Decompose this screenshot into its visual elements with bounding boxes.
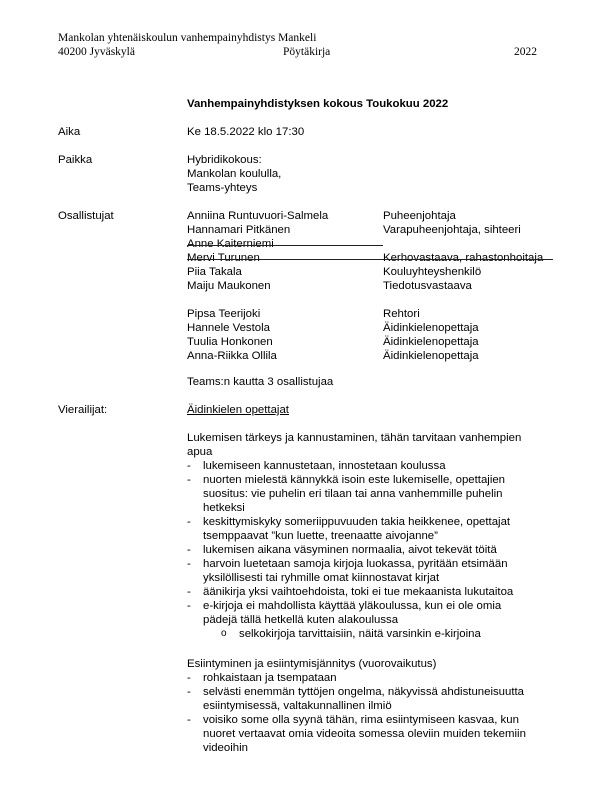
dash-bullet-icon: -: [187, 685, 191, 699]
bullet-text: yksilöllisesti tai ryhmille omat kiinnos…: [203, 571, 439, 585]
osallistujat-label: Osallistujat: [58, 209, 114, 223]
city: 40200 Jyväskylä: [58, 45, 135, 59]
dash-bullet-icon: -: [187, 459, 191, 473]
bullet-text: pädejä tällä hetkellä kuten alakoulussa: [203, 613, 398, 627]
participant-name: Piia Takala: [187, 265, 242, 279]
dash-bullet-icon: -: [187, 599, 191, 613]
participant-name: Hannamari Pitkänen: [187, 223, 290, 237]
year: 2022: [514, 45, 537, 59]
participant-name: Hannele Vestola: [187, 321, 270, 335]
participant-row: Anna-Riikka OllilaÄidinkielenopettaja: [187, 349, 587, 363]
bullet-text: nuoret vertaavat omia videoita somessa o…: [203, 727, 526, 741]
participant-role: Äidinkielenopettaja: [383, 321, 479, 335]
participant-role: Kouluyhteyshenkilö: [383, 265, 481, 279]
participant-row: Maiju MaukonenTiedotusvastaava: [187, 279, 587, 293]
bullet-text: lukemisen aikana väsyminen normaalia, ai…: [203, 543, 497, 557]
participant-row: Anne Kaiterniemi: [187, 237, 587, 251]
paikka-label: Paikka: [58, 153, 92, 167]
dash-bullet-icon: -: [187, 713, 191, 727]
participant-name: Anna-Riikka Ollila: [187, 349, 277, 363]
aika-label: Aika: [58, 125, 80, 139]
participant-role: Puheenjohtaja: [383, 209, 456, 223]
participant-name: Anniina Runtuvuori-Salmela: [187, 209, 328, 223]
section-intro-line: Lukemisen tärkeys ja kannustaminen, tähä…: [187, 431, 521, 445]
participant-role: Varapuheenjohtaja, sihteeri: [383, 223, 521, 237]
bullet-text: lukemiseen kannustetaan, innostetaan kou…: [203, 459, 446, 473]
bullet-text: tsemppaavat ”kun luette, treenaatte aivo…: [203, 529, 438, 543]
vierailijat-heading: Äidinkielen opettajat: [187, 403, 289, 417]
participant-row: Hannamari PitkänenVarapuheenjohtaja, sih…: [187, 223, 587, 237]
bullet-text: harvoin luetetaan samoja kirjoja luokass…: [203, 557, 508, 571]
bullet-text: rohkaistaan ja tsempataan: [203, 671, 337, 685]
bullet-text: voisiko some olla syynä tähän, rima esii…: [203, 713, 519, 727]
participant-row: Mervi TurunenKerhovastaava, rahastonhoit…: [187, 251, 587, 265]
strikethrough-line: [187, 259, 553, 260]
document-type: Pöytäkirja: [283, 45, 330, 59]
bullet-text: esiintymisessä, valtakunnallinen ilmiö: [203, 699, 392, 713]
bullet-text: videoihin: [203, 741, 248, 755]
dash-bullet-icon: -: [187, 543, 191, 557]
bullet-text: äänikirja yksi vaihtoehdoista, toki ei t…: [203, 585, 513, 599]
participant-row: Anniina Runtuvuori-SalmelaPuheenjohtaja: [187, 209, 587, 223]
teams-note: Teams:n kautta 3 osallistujaa: [187, 375, 333, 389]
sub-bullet-text: selkokirjoja tarvittaisiin, näitä varsin…: [239, 627, 481, 641]
page-title: Vanhempainyhdistyksen kokous Toukokuu 20…: [187, 97, 448, 111]
participant-row: Hannele VestolaÄidinkielenopettaja: [187, 321, 587, 335]
participant-row: Piia TakalaKouluyhteyshenkilö: [187, 265, 587, 279]
participant-role: Rehtori: [383, 307, 420, 321]
bullet-text: suositus: vie puhelin eri tilaan tai ann…: [203, 487, 503, 501]
bullet-text: e-kirjoja ei mahdollista käyttää yläkoul…: [203, 599, 501, 613]
dash-bullet-icon: -: [187, 585, 191, 599]
paikka-line: Teams-yhteys: [187, 181, 257, 195]
participant-row: Pipsa TeerijokiRehtori: [187, 307, 587, 321]
participant-role: Äidinkielenopettaja: [383, 335, 479, 349]
aika-value: Ke 18.5.2022 klo 17:30: [187, 125, 304, 139]
participant-role: Äidinkielenopettaja: [383, 349, 479, 363]
bullet-text: selvästi enemmän tyttöjen ongelma, näkyv…: [203, 685, 524, 699]
dash-bullet-icon: -: [187, 515, 191, 529]
bullet-text: hetkeksi: [203, 501, 245, 515]
dash-bullet-icon: -: [187, 557, 191, 571]
participant-name: Pipsa Teerijoki: [187, 307, 260, 321]
dash-bullet-icon: -: [187, 671, 191, 685]
participant-name: Tuulia Honkonen: [187, 335, 273, 349]
bullet-text: nuorten mielestä kännykkä isoin este luk…: [203, 473, 505, 487]
participant-row: Tuulia HonkonenÄidinkielenopettaja: [187, 335, 587, 349]
circle-bullet-icon: o: [221, 627, 227, 641]
org-name: Mankolan yhtenäiskoulun vanhempainyhdist…: [58, 31, 316, 45]
paikka-line: Mankolan koululla,: [187, 167, 281, 181]
section-intro-line: apua: [187, 445, 212, 459]
participant-name: Maiju Maukonen: [187, 279, 271, 293]
strikethrough-line: [187, 245, 383, 246]
bullet-text: keskittymiskyky someriippuvuuden takia h…: [203, 515, 510, 529]
dash-bullet-icon: -: [187, 473, 191, 487]
participant-role: Tiedotusvastaava: [383, 279, 472, 293]
section-intro-line: Esiintyminen ja esiintymisjännitys (vuor…: [187, 657, 436, 671]
vierailijat-label: Vierailijat:: [58, 403, 107, 417]
paikka-line: Hybridikokous:: [187, 153, 262, 167]
